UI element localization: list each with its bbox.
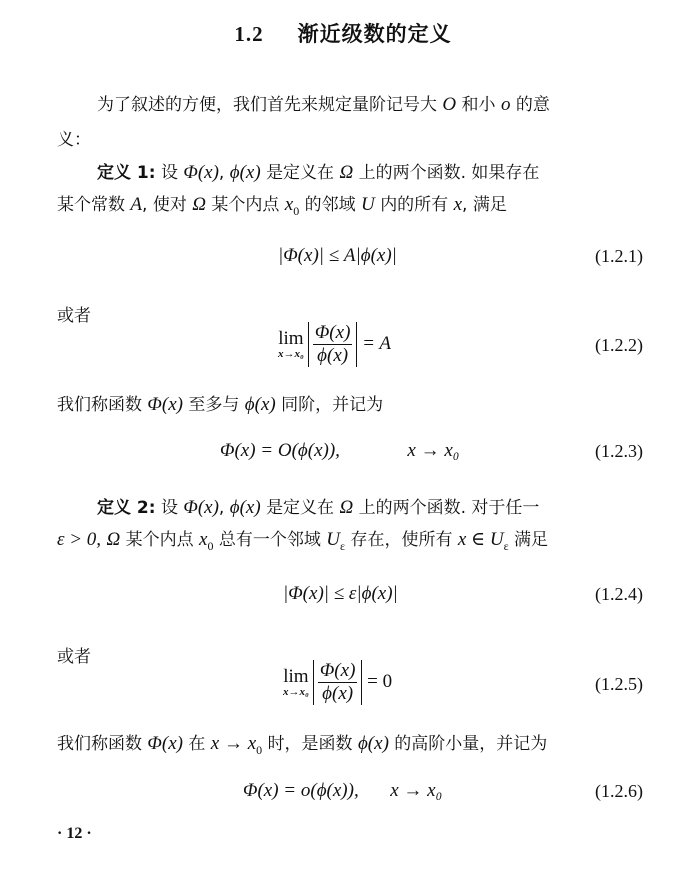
definition-2-conclusion: 我们称函数 Φ(x) 在 x → x0 时，是函数 ϕ(x) 的高阶小量，并记为 — [57, 731, 547, 763]
definition-1-line-1: 定义 1: 设 Φ(x), ϕ(x) 是定义在 Ω 上的两个函数. 如果存在 — [97, 160, 539, 186]
equation-1-2-4: |Φ(x)| ≤ ε|ϕ(x)| — [283, 583, 398, 605]
definition-2-line-2: ε > 0, Ω 某个内点 x0 总有一个邻域 Uε 存在，使所有 x ∈ Uε… — [57, 527, 548, 559]
intro-line-2: 义： — [57, 127, 91, 153]
section-number: 1.2 — [234, 22, 263, 46]
equation-number-1-2-1: (1.2.1) — [595, 246, 643, 267]
equation-1-2-6: Φ(x) = o(ϕ(x)), x → x₀ — [243, 780, 442, 802]
page-number: · 12 · — [57, 825, 92, 843]
definition-2-label: 定义 2: — [97, 498, 156, 518]
definition-1-label: 定义 1: — [97, 163, 156, 183]
or-text-2: 或者 — [57, 644, 91, 670]
equation-number-1-2-2: (1.2.2) — [595, 335, 643, 356]
equation-1-2-3: Φ(x) = O(ϕ(x)), x → x₀ — [220, 440, 459, 462]
equation-number-1-2-4: (1.2.4) — [595, 584, 643, 605]
definition-1-line-2: 某个常数 A, 使对 Ω 某个内点 x0 的邻域 U 内的所有 x, 满足 — [57, 192, 507, 224]
equation-number-1-2-6: (1.2.6) — [595, 781, 643, 802]
definition-1-conclusion: 我们称函数 Φ(x) 至多与 ϕ(x) 同阶，并记为 — [57, 392, 383, 418]
definition-2-line-1: 定义 2: 设 Φ(x), ϕ(x) 是定义在 Ω 上的两个函数. 对于任一 — [97, 495, 539, 521]
equation-number-1-2-5: (1.2.5) — [595, 674, 643, 695]
intro-line-1: 为了叙述的方便，我们首先来规定量阶记号大 O 和小 o 的意 — [97, 92, 550, 118]
section-title: 渐近级数的定义 — [298, 22, 452, 46]
equation-1-2-5: limx→x₀Φ(x)ϕ(x) = 0 — [283, 660, 392, 705]
section-heading: 1.2渐近级数的定义 — [0, 18, 686, 48]
equation-1-2-2: limx→x₀Φ(x)ϕ(x) = A — [278, 322, 391, 367]
equation-number-1-2-3: (1.2.3) — [595, 441, 643, 462]
equation-1-2-1: |Φ(x)| ≤ A|ϕ(x)| — [278, 245, 397, 267]
or-text-1: 或者 — [57, 303, 91, 329]
